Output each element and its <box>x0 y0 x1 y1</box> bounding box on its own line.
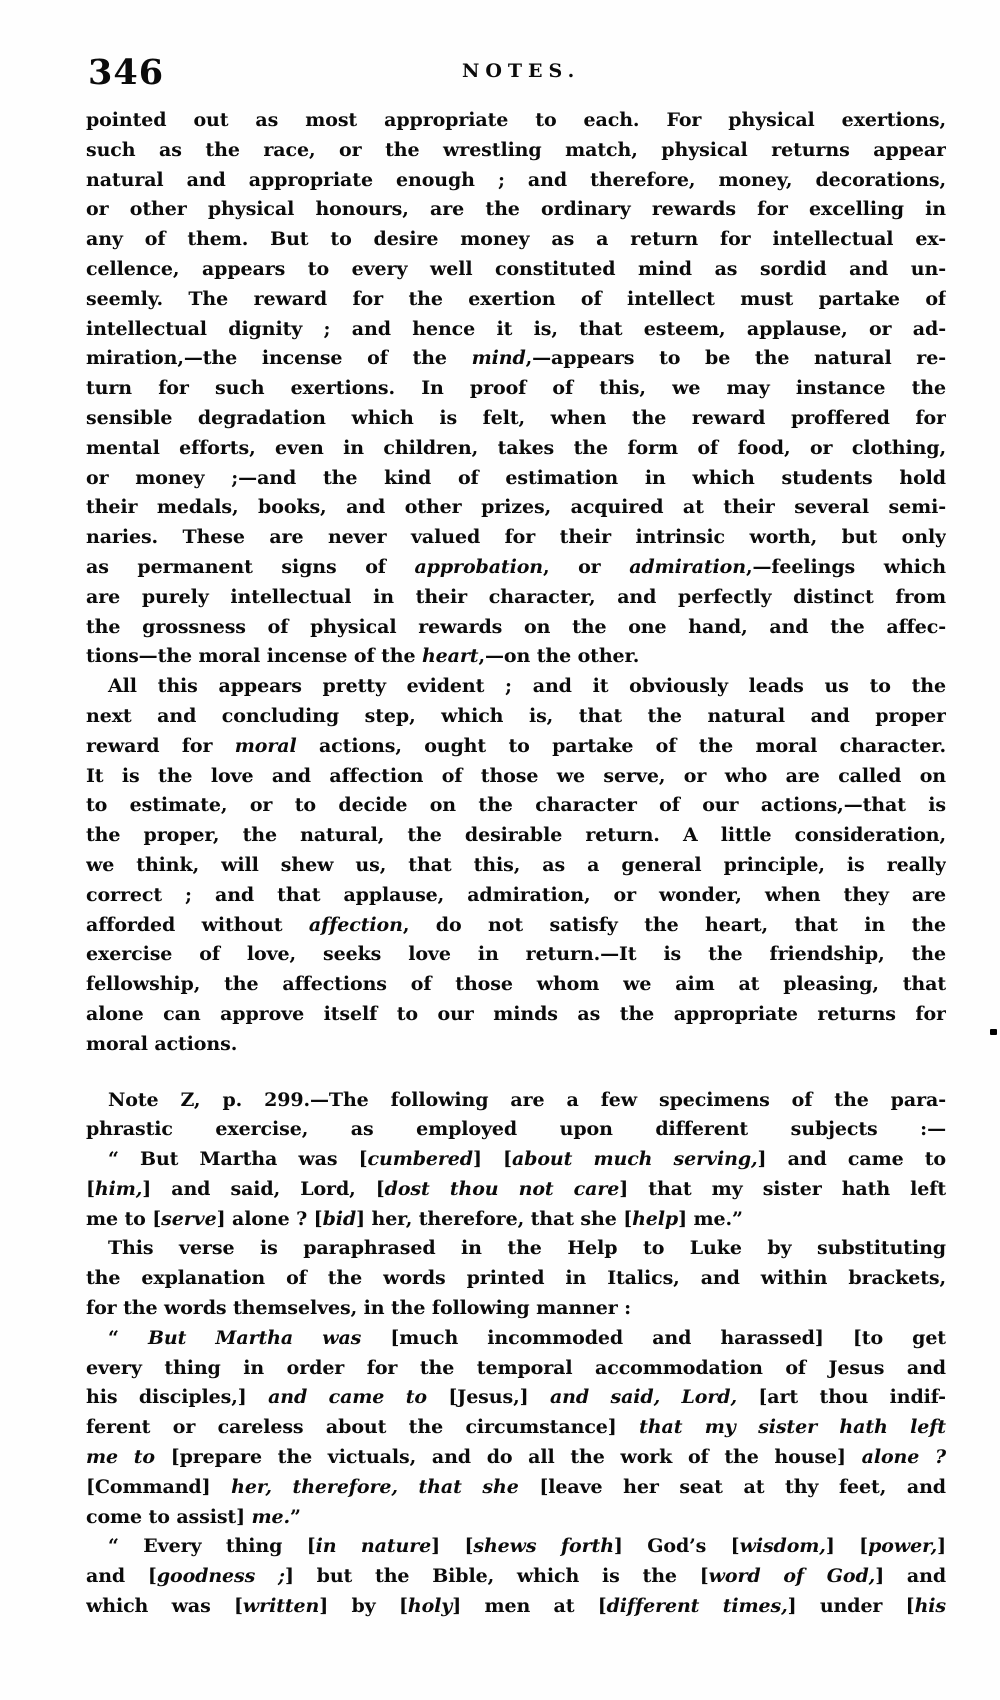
text-line: This verse is paraphrased in the Help to… <box>86 1234 946 1264</box>
text-line: reward for moral actions, ought to parta… <box>86 732 946 762</box>
text-line: correct ; and that applause, admiration,… <box>86 881 946 911</box>
text-line: “ Every thing [in nature] [shews forth] … <box>86 1532 946 1562</box>
text-line: natural and appropriate enough ; and the… <box>86 166 946 196</box>
text-line: turn for such exertions. In proof of thi… <box>86 374 946 404</box>
text-line: or money ;—and the kind of estimation in… <box>86 464 946 494</box>
text-line: me to [prepare the victuals, and do all … <box>86 1443 946 1473</box>
text-line: ferent or careless about the circumstanc… <box>86 1413 946 1443</box>
text-line: such as the race, or the wrestling match… <box>86 136 946 166</box>
text-line: “ But Martha was [cumbered] [about much … <box>86 1145 946 1175</box>
text-line: or other physical honours, are the ordin… <box>86 195 946 225</box>
text-line: are purely intellectual in their charact… <box>86 583 946 613</box>
page-body: pointed out as most appropriate to each.… <box>86 106 946 1622</box>
text-line: mental efforts, even in children, takes … <box>86 434 946 464</box>
text-line: every thing in order for the temporal ac… <box>86 1354 946 1384</box>
text-line: me to [serve] alone ? [bid] her, therefo… <box>86 1205 946 1235</box>
text-line: fellowship, the affections of those whom… <box>86 970 946 1000</box>
text-line: phrastic exercise, as employed upon diff… <box>86 1115 946 1145</box>
text-line: “ But Martha was [much incommoded and ha… <box>86 1324 946 1354</box>
text-line: come to assist] me.” <box>86 1503 946 1533</box>
text-line: All this appears pretty evident ; and it… <box>86 672 946 702</box>
page-number: 346 <box>88 52 164 93</box>
book-page: 346 NOTES. pointed out as most appropria… <box>0 0 1000 1700</box>
text-line: the explanation of the words printed in … <box>86 1264 946 1294</box>
text-line: exercise of love, seeks love in return.—… <box>86 940 946 970</box>
text-line: It is the love and affection of those we… <box>86 762 946 792</box>
text-line: for the words themselves, in the followi… <box>86 1294 946 1324</box>
text-line: Note Z, p. 299.—The following are a few … <box>86 1086 946 1116</box>
text-line: afforded without affection, do not satis… <box>86 911 946 941</box>
text-line: the proper, the natural, the desirable r… <box>86 821 946 851</box>
running-head: NOTES. <box>462 60 580 82</box>
text-line: which was [written] by [holy] men at [di… <box>86 1592 946 1622</box>
text-line: seemly. The reward for the exertion of i… <box>86 285 946 315</box>
text-line: tions—the moral incense of the heart,—on… <box>86 642 946 672</box>
text-line: [Command] her, therefore, that she [leav… <box>86 1473 946 1503</box>
text-line: miration,—the incense of the mind,—appea… <box>86 344 946 374</box>
text-line: the grossness of physical rewards on the… <box>86 613 946 643</box>
text-line: his disciples,] and came to [Jesus,] and… <box>86 1383 946 1413</box>
text-line: pointed out as most appropriate to each.… <box>86 106 946 136</box>
text-line: their medals, books, and other prizes, a… <box>86 493 946 523</box>
text-line: any of them. But to desire money as a re… <box>86 225 946 255</box>
text-line: to estimate, or to decide on the charact… <box>86 791 946 821</box>
text-line: [him,] and said, Lord, [dost thou not ca… <box>86 1175 946 1205</box>
text-line: sensible degradation which is felt, when… <box>86 404 946 434</box>
text-line: next and concluding step, which is, that… <box>86 702 946 732</box>
text-line: as permanent signs of approbation, or ad… <box>86 553 946 583</box>
text-line: cellence, appears to every well constitu… <box>86 255 946 285</box>
text-line: moral actions. <box>86 1030 946 1060</box>
ink-speck-artifact <box>990 1029 997 1035</box>
text-line: and [goodness ;] but the Bible, which is… <box>86 1562 946 1592</box>
text-line: intellectual dignity ; and hence it is, … <box>86 315 946 345</box>
text-line: alone can approve itself to our minds as… <box>86 1000 946 1030</box>
text-line: naries. These are never valued for their… <box>86 523 946 553</box>
text-line: we think, will shew us, that this, as a … <box>86 851 946 881</box>
